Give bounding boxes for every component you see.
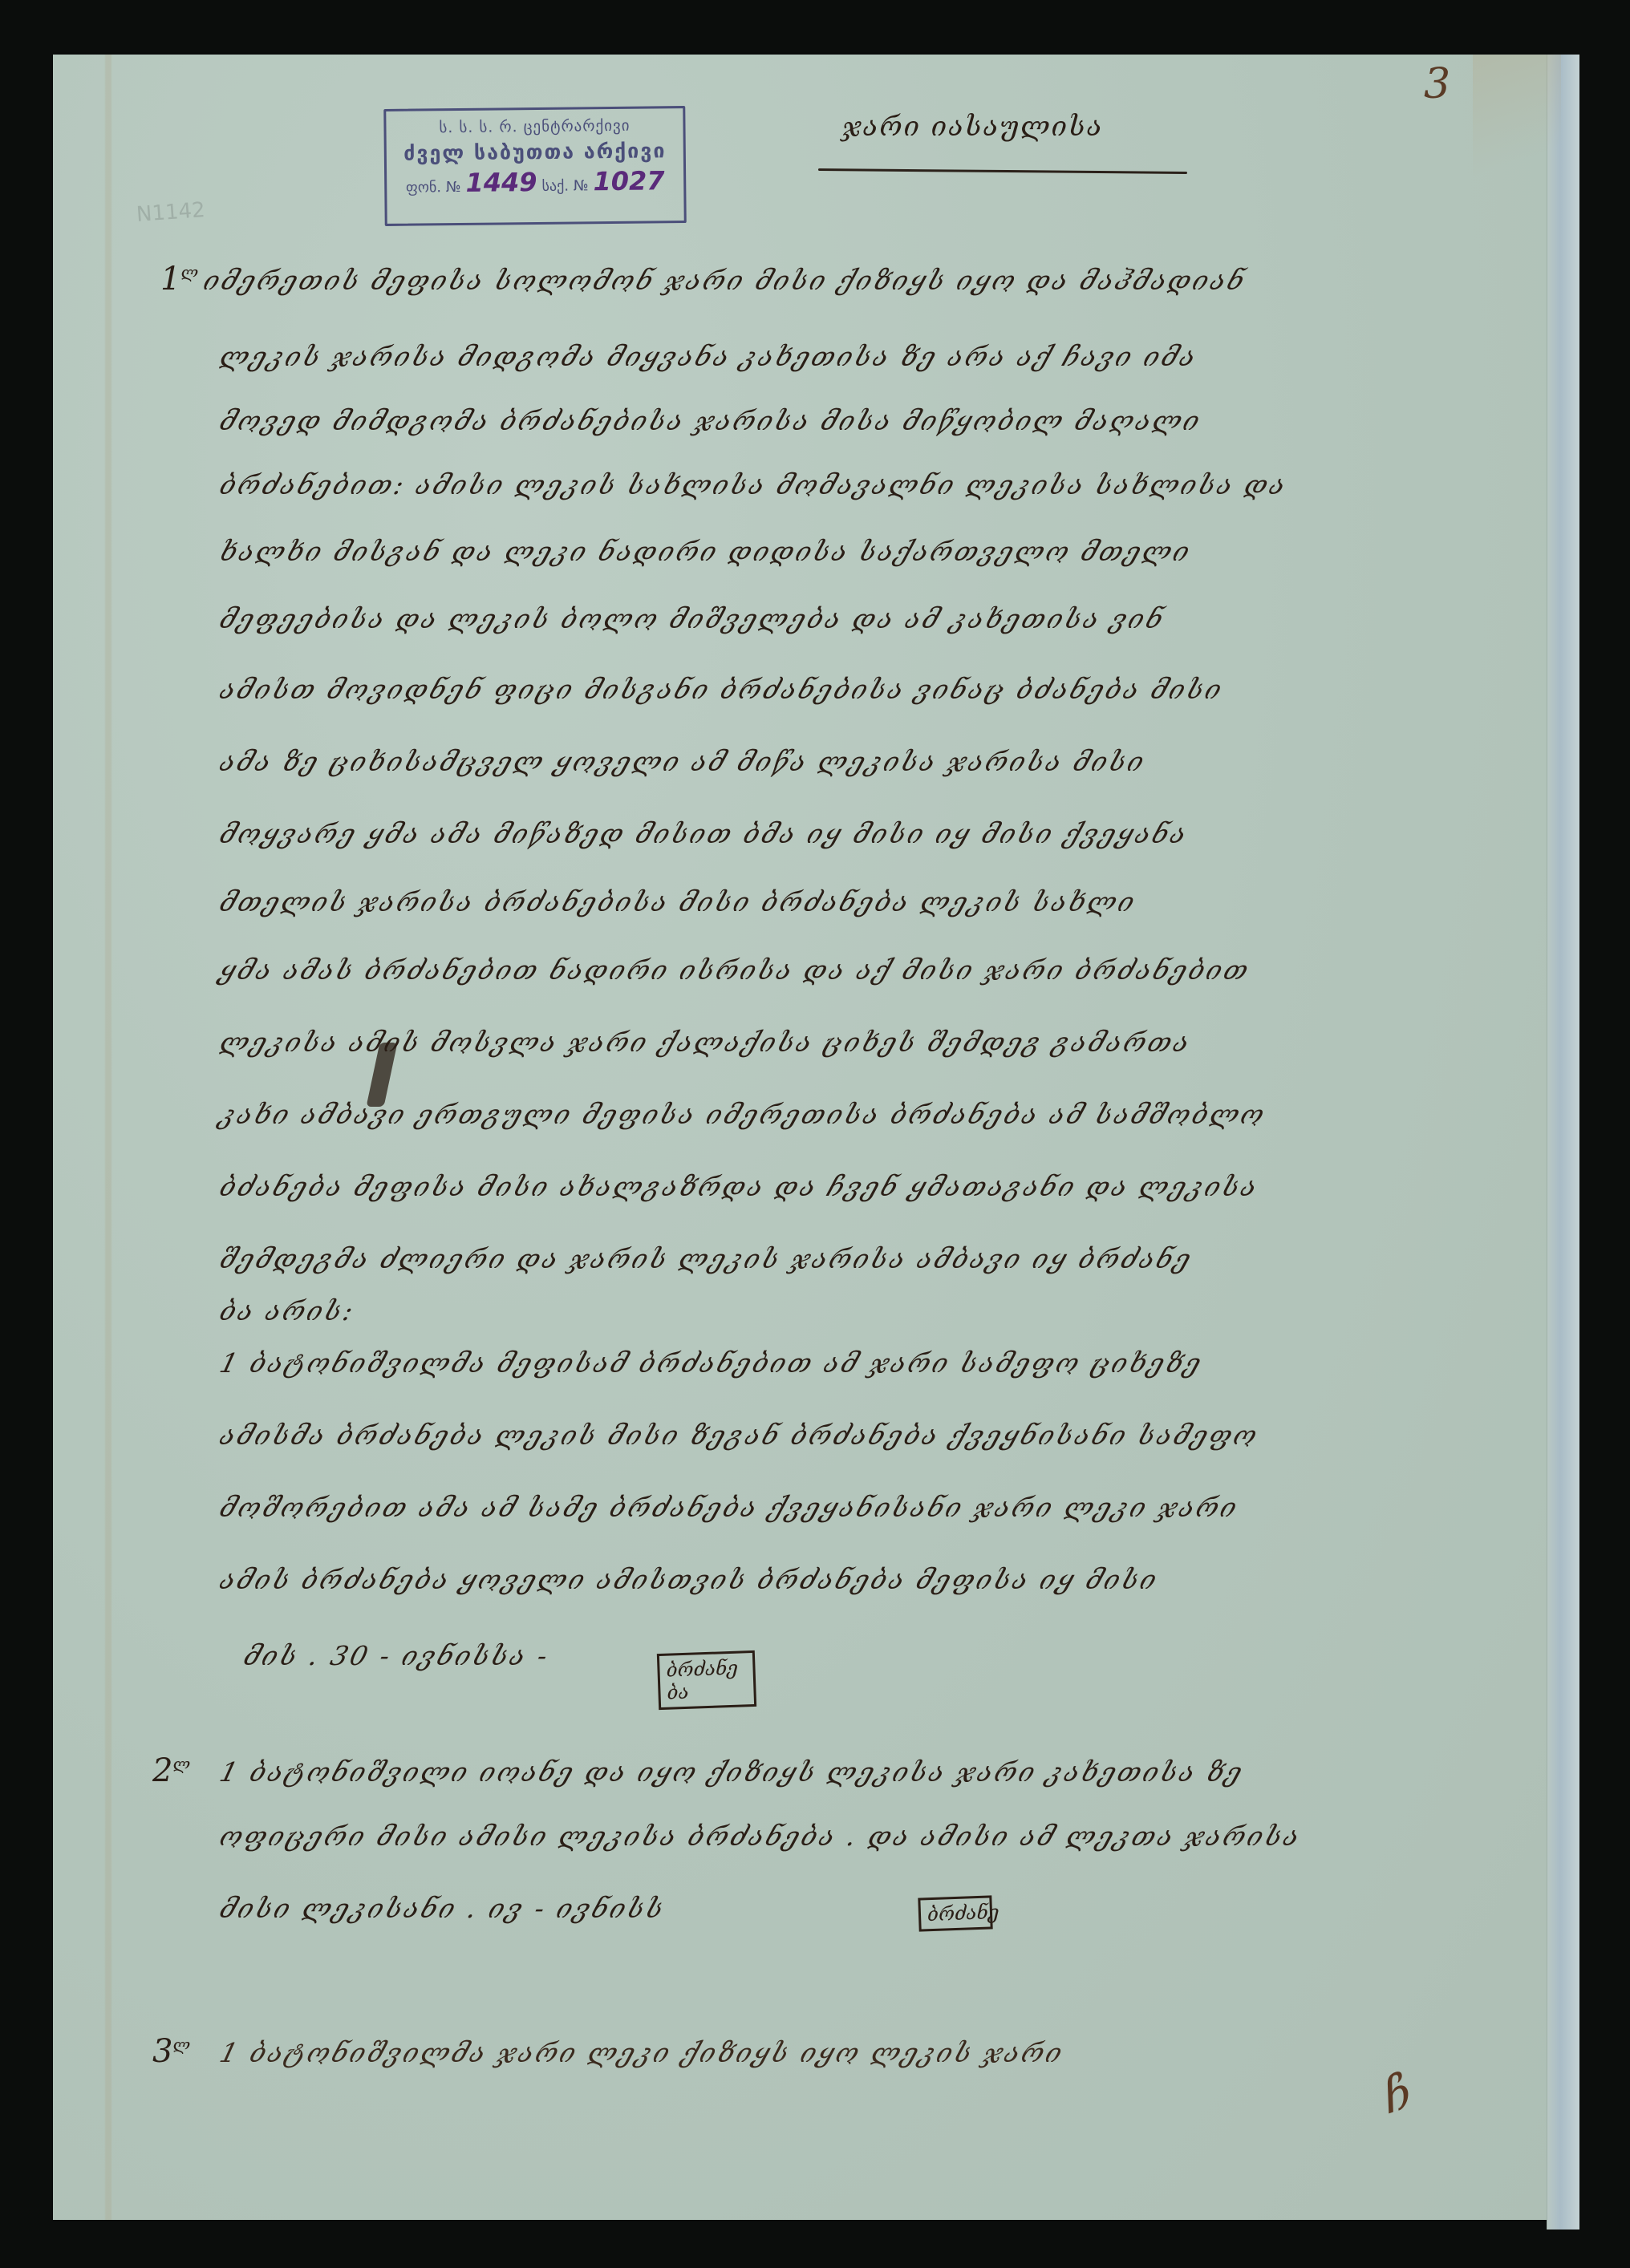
page-title: ჯარი იასაულისა [842, 111, 1103, 143]
text-line: ყმა ამას ბრძანებით ნადირი ისრისა და აქ მ… [217, 954, 1254, 986]
text-line: მისი ლეკისანი . ივ - ივნისს [217, 1893, 669, 1924]
stamp-line-1: ს. ს. ს. რ. ცენტრარქივი [386, 116, 683, 137]
text-line: 1 ბატონიშვილმა ჯარი ლეკი ქიზიყს იყო ლეკი… [217, 2037, 1068, 2068]
text-line: ამისთ მოვიდნენ ფიცი მისგანი ბრძანებისა ვ… [217, 674, 1227, 705]
text-line: მთელის ჯარისა ბრძანებისა მისი ბრძანება ლ… [217, 886, 1140, 917]
paper-stain [1473, 55, 1561, 199]
boxed-marginal-note: ბრძანე ბა [657, 1650, 756, 1710]
item-number: 1027 [593, 165, 664, 196]
text-line: ამის ბრძანება ყოველი ამისთვის ბრძანება მ… [217, 1564, 1162, 1595]
text-line: კახი ამბავი ერთგული მეფისა იმერეთისა ბრძ… [217, 1099, 1270, 1130]
text-line: ამისმა ბრძანება ლეკის მისი ზეგან ბრძანებ… [217, 1420, 1263, 1451]
text-line: ლეკის ჯარისა მიდგომა მიყვანა კახეთისა ზე… [217, 341, 1201, 372]
text-line: ბა არის: [217, 1295, 359, 1326]
text-line: მოყვარე ყმა ამა მიწაზედ მისით ბმა იყ მის… [217, 818, 1192, 849]
text-line: ბძანება მეფისა მისი ახალგაზრდა და ჩვენ ყ… [217, 1171, 1262, 1202]
stamp-line-3: ფონ. № 1449 საქ. № 1027 [387, 165, 683, 199]
text-line: ამა ზე ციხისამცველ ყოველი ამ მიწა ლეკისა… [217, 746, 1150, 777]
text-line: მეფეებისა და ლეკის ბოლო მიშველება და ამ … [217, 603, 1169, 634]
boxed-marginal-note: ბრძანე [918, 1895, 992, 1931]
page-number: 3 [1424, 60, 1450, 108]
pencil-annotation: N1142 [136, 198, 206, 227]
fond-number: 1449 [465, 167, 537, 198]
paragraph-marker-1: 1ლ [160, 261, 198, 298]
paragraph-marker-3: 3ლ [152, 2033, 190, 2070]
paragraph-marker-2: 2ლ [152, 1752, 190, 1789]
text-line: შემდეგმა ძლიერი და ჯარის ლეკის ჯარისა ამ… [217, 1243, 1196, 1274]
stamp-line-2: ძველ საბუთთა არქივი [387, 139, 683, 165]
text-line: ხალხი მისგან და ლეკი ნადირი დიდისა საქარ… [217, 536, 1195, 567]
text-line: ლეკისა ამის მოსვლა ჯარი ქალაქისა ციხეს შ… [217, 1027, 1194, 1058]
text-line: იმერეთის მეფისა სოლომონ ჯარი მისი ქიზიყს… [201, 265, 1250, 296]
archive-stamp: ს. ს. ს. რ. ცენტრარქივი ძველ საბუთთა არქ… [383, 106, 687, 226]
text-line: 1 ბატონიშვილმა მეფისამ ბრძანებით ამ ჯარი… [217, 1347, 1206, 1379]
text-line: ბრძანებით: ამისი ლეკის სახლისა მომავალნი… [217, 469, 1291, 500]
text-line: მოვედ მიმდგომა ბრძანებისა ჯარისა მისა მი… [217, 405, 1206, 436]
item-label: საქ. № [541, 177, 588, 195]
text-line: 1 ბატონიშვილი იოანე და იყო ქიზიყს ლეკისა… [217, 1756, 1247, 1788]
fond-label: ფონ. № [406, 179, 461, 196]
paper-repair-strip [1547, 55, 1579, 2230]
text-line: მის . 30 - ივნისსა - [241, 1640, 553, 1671]
text-line: ოფიცერი მისი ამისი ლეკისა ბრძანება . და … [217, 1820, 1305, 1852]
text-line: მოშორებით ამა ამ სამე ბრძანება ქვეყანისა… [217, 1492, 1243, 1523]
